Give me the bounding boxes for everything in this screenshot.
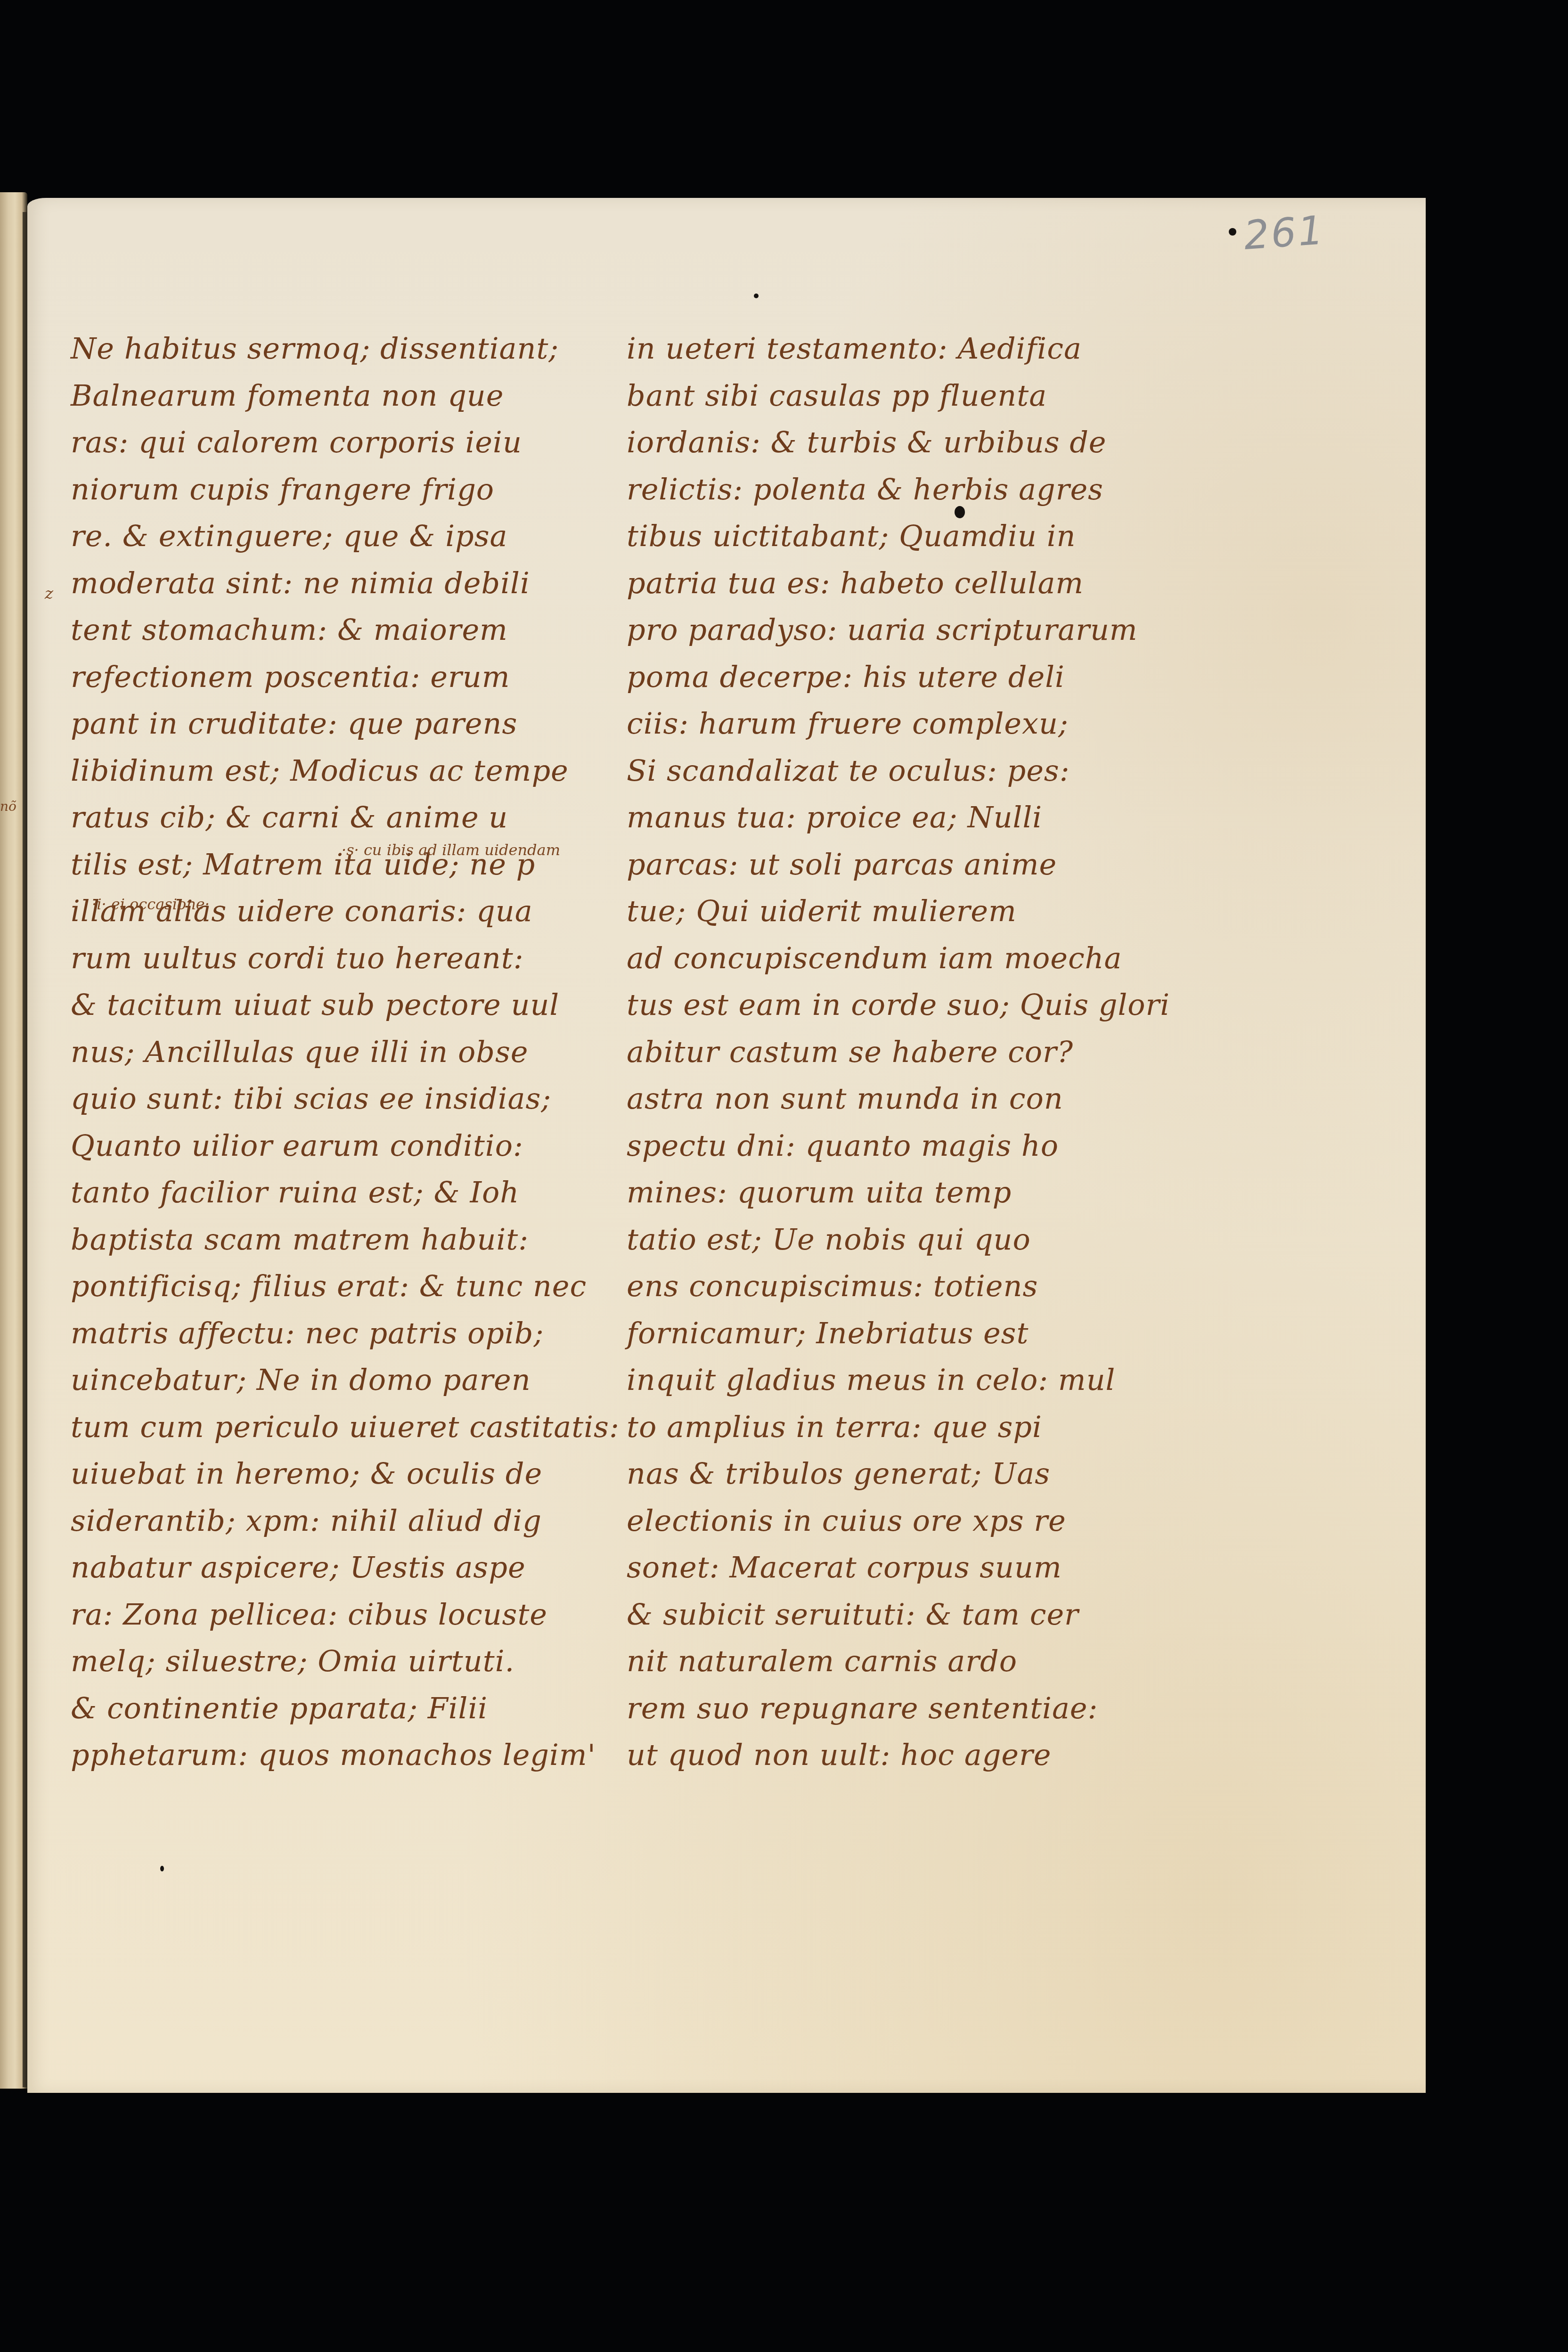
prick-hole-top-center: [754, 294, 759, 298]
text-line: uiuebat in heremo; & oculis de: [71, 1450, 608, 1497]
text-line: Quanto uilior earum conditio:: [71, 1122, 608, 1169]
text-line: & continentie pparata; Filii: [71, 1685, 608, 1732]
text-line: niorum cupis frangere frigo: [71, 466, 608, 513]
text-line: ra: Zona pellicea: cibus locuste: [71, 1591, 608, 1638]
text-line: inquit gladius meus in celo: mul: [627, 1356, 1164, 1404]
text-line: & tacitum uiuat sub pectore uul: [71, 981, 608, 1029]
text-line: pontificisq; filius erat: & tunc nec: [71, 1263, 608, 1310]
text-line: Si scandalizat te oculus: pes:: [627, 747, 1164, 794]
text-line: Ne habitus sermoq; dissentiant;: [71, 325, 608, 372]
text-line: poma decerpe: his utere deli: [627, 653, 1164, 701]
text-line: tus est eam in corde suo; Quis glori: [627, 981, 1164, 1029]
text-line: tent stomachum: & maiorem: [71, 606, 608, 653]
folio-number: 261: [1242, 207, 1327, 259]
margin-mark-z: z: [45, 584, 53, 603]
text-line: patria tua es: habeto cellulam: [627, 560, 1164, 607]
text-line: bant sibi casulas pp fluenta: [627, 372, 1164, 419]
interlinear-gloss: ·i· ei occasione·: [92, 895, 210, 913]
text-line: in ueteri testamento: Aedifica: [627, 325, 1164, 372]
text-line: rem suo repugnare sententiae:: [627, 1685, 1164, 1732]
text-line: ens concupiscimus: totiens: [627, 1263, 1164, 1310]
text-line: ras: qui calorem corporis ieiu: [71, 419, 608, 466]
text-line: tanto facilior ruina est; & Ioh: [71, 1169, 608, 1216]
text-line: re. & extinguere; que & ipsa: [71, 513, 608, 560]
text-line: fornicamur; Inebriatus est: [627, 1310, 1164, 1357]
text-line: nit naturalem carnis ardo: [627, 1638, 1164, 1685]
text-line: relictis: polenta & herbis agres: [627, 466, 1164, 513]
text-line: quio sunt: tibi scias ee insidias;: [71, 1075, 608, 1122]
text-line: sonet: Macerat corpus suum: [627, 1544, 1164, 1591]
text-line: rum uultus cordi tuo hereant:: [71, 935, 608, 982]
gutter-shadow: [23, 212, 27, 2087]
text-line: ut quod non uult: hoc agere: [627, 1731, 1164, 1779]
right-text-column: in ueteri testamento: Aedifica bant sibi…: [627, 325, 1164, 1779]
margin-mark-no: nõ: [0, 799, 16, 814]
text-line: siderantib; xpm: nihil aliud dig: [71, 1497, 608, 1544]
text-line: ciis: harum fruere complexu;: [627, 700, 1164, 747]
text-line: nabatur aspicere; Uestis aspe: [71, 1544, 608, 1591]
prick-hole-top-right: [1229, 228, 1236, 236]
text-line: & subicit seruituti: & tam cer: [627, 1591, 1164, 1638]
text-line: abitur castum se habere cor?: [627, 1029, 1164, 1076]
text-line: tibus uictitabant; Quamdiu in: [627, 513, 1164, 560]
text-line: spectu dni: quanto magis ho: [627, 1122, 1164, 1169]
text-line: mines: quorum uita temp: [627, 1169, 1164, 1216]
text-line: melq; siluestre; Omia uirtuti.: [71, 1638, 608, 1685]
text-line: pant in cruditate: que parens: [71, 700, 608, 747]
text-line: tum cum periculo uiueret castitatis:: [71, 1404, 608, 1451]
text-line: moderata sint: ne nimia debili: [71, 560, 608, 607]
text-line: baptista scam matrem habuit:: [71, 1216, 608, 1263]
text-line: to amplius in terra: que spi: [627, 1404, 1164, 1451]
text-line: electionis in cuius ore xps re: [627, 1497, 1164, 1544]
text-line: astra non sunt munda in con: [627, 1075, 1164, 1122]
text-line: refectionem poscentia: erum: [71, 653, 608, 701]
text-line: nas & tribulos generat; Uas: [627, 1450, 1164, 1497]
text-line: uincebatur; Ne in domo paren: [71, 1356, 608, 1404]
text-line: pro paradyso: uaria scripturarum: [627, 606, 1164, 653]
text-line: tatio est; Ue nobis qui quo: [627, 1216, 1164, 1263]
text-line: matris affectu: nec patris opib;: [71, 1310, 608, 1357]
prick-hole-bottom-left: [160, 1866, 164, 1871]
text-line: libidinum est; Modicus ac tempe: [71, 747, 608, 794]
text-line: tue; Qui uiderit mulierem: [627, 888, 1164, 935]
interlinear-gloss: ·s· cu ibis ad illam uidendam: [342, 841, 560, 859]
text-line: Balnearum fomenta non que: [71, 372, 608, 419]
text-line: iordanis: & turbis & urbibus de: [627, 419, 1164, 466]
text-line: parcas: ut soli parcas anime: [627, 841, 1164, 888]
text-line: manus tua: proice ea; Nulli: [627, 794, 1164, 841]
text-line: pphetarum: quos monachos legim': [71, 1731, 608, 1779]
text-line: ad concupiscendum iam moecha: [627, 935, 1164, 982]
text-line: nus; Ancillulas que illi in obse: [71, 1029, 608, 1076]
text-line: ratus cib; & carni & anime u: [71, 794, 608, 841]
left-text-column: Ne habitus sermoq; dissentiant; Balnearu…: [71, 325, 608, 1779]
